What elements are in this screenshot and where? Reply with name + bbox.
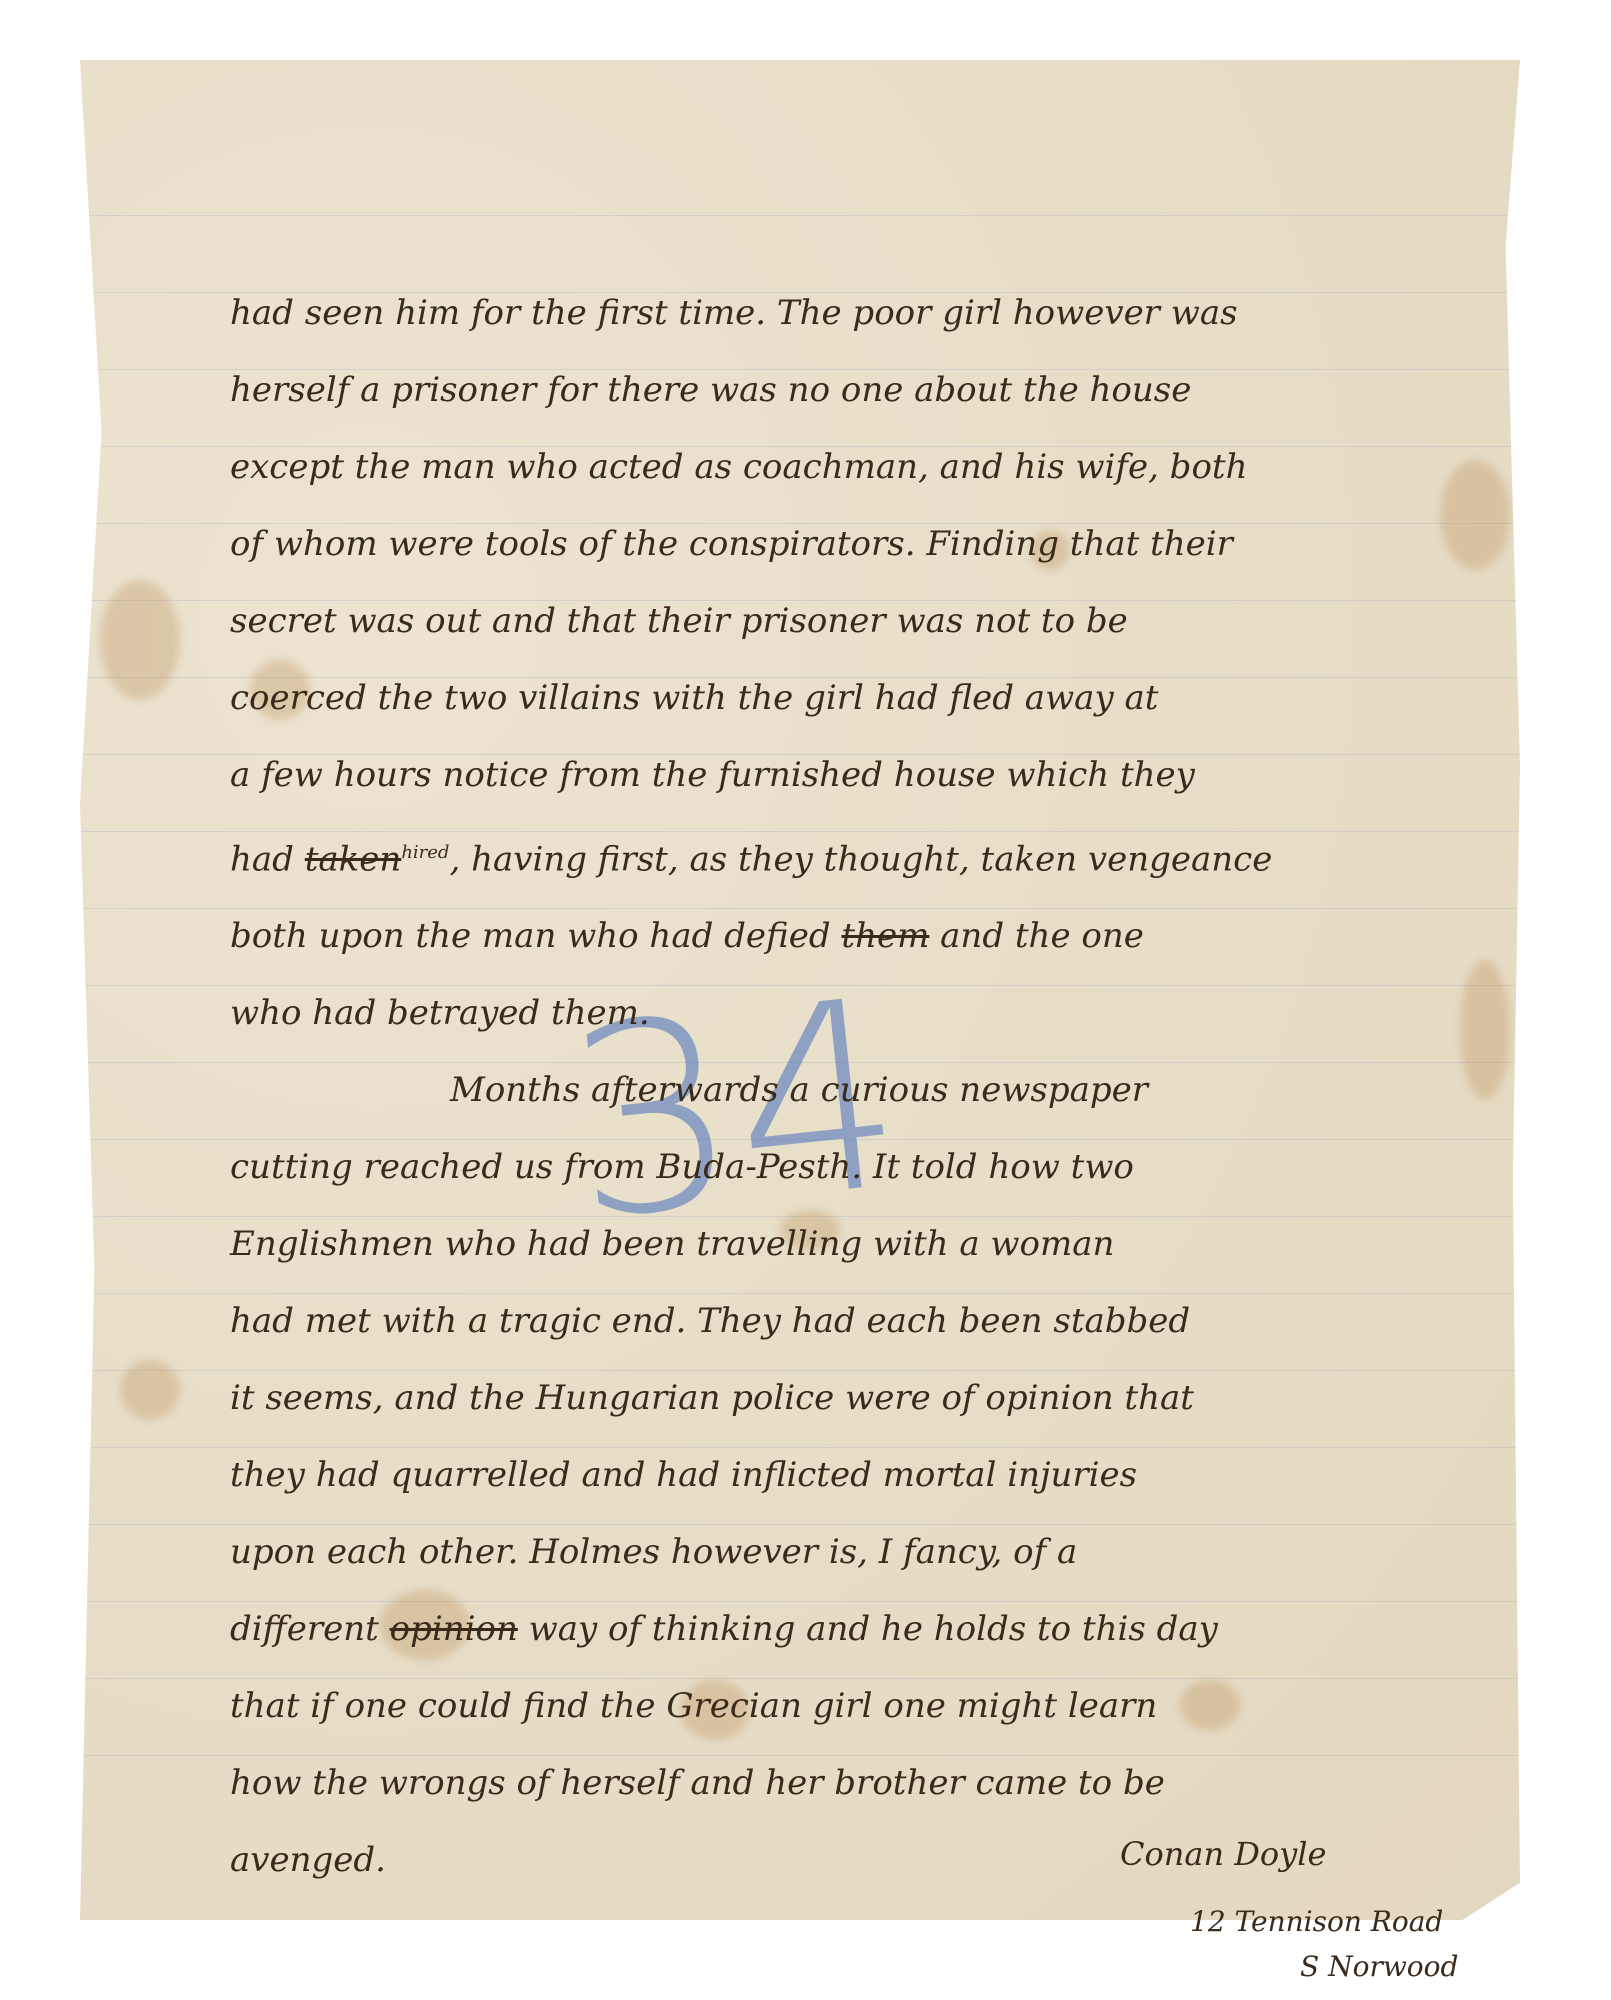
text-fragment: had [230,839,305,879]
text-line: Englishmen who had been travelling with … [230,1206,1480,1283]
text-line: except the man who acted as coachman, an… [230,429,1480,506]
text-line: cutting reached us from Buda-Pesth. It t… [230,1129,1480,1206]
struck-word: them [841,916,929,956]
signature-name: Conan Doyle [1120,1835,1326,1873]
text-line: who had betrayed them. [230,975,1480,1052]
inserted-word: hired [401,842,449,863]
signature-address-line2: S Norwood [1300,1950,1458,1983]
text-line-with-correction: had takenhired, having first, as they th… [230,814,1480,898]
text-line: of whom were tools of the conspirators. … [230,506,1480,583]
text-line: that if one could find the Grecian girl … [230,1668,1480,1745]
text-line: upon each other. Holmes however is, I fa… [230,1514,1480,1591]
text-line: had seen him for the first time. The poo… [230,275,1480,352]
text-fragment: way of thinking and he holds to this day [518,1609,1218,1649]
paragraph-start: Months afterwards a curious newspaper [230,1052,1480,1129]
text-line-with-correction: both upon the man who had defied them an… [230,898,1480,975]
text-line: had met with a tragic end. They had each… [230,1283,1480,1360]
text-line: secret was out and that their prisoner w… [230,583,1480,660]
text-fragment: and the one [929,916,1144,956]
text-line: it seems, and the Hungarian police were … [230,1360,1480,1437]
text-line: a few hours notice from the furnished ho… [230,737,1480,814]
signature-address-line1: 12 Tennison Road [1190,1905,1443,1938]
struck-word: taken [305,839,402,879]
text-line: coerced the two villains with the girl h… [230,660,1480,737]
text-line: they had quarrelled and had inflicted mo… [230,1437,1480,1514]
text-line: herself a prisoner for there was no one … [230,352,1480,429]
text-fragment: , having first, as they thought, taken v… [449,839,1272,879]
text-fragment: different [230,1609,390,1649]
text-line: how the wrongs of herself and her brothe… [230,1745,1480,1822]
struck-word: opinion [390,1609,518,1649]
manuscript-text: had seen him for the first time. The poo… [230,275,1480,1899]
text-line-with-correction: different opinion way of thinking and he… [230,1591,1480,1668]
text-fragment: both upon the man who had defied [230,916,841,956]
